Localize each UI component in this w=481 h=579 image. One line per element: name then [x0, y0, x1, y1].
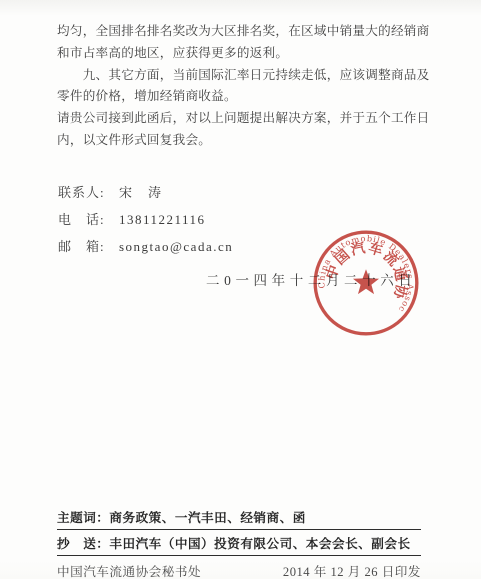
cc-label: 抄 送： — [57, 537, 109, 551]
body-line: 九、其它方面，当前国际汇率日元持续走低，应该调整商品及 — [57, 65, 425, 87]
contact-email-value: songtao@cada.cn — [119, 239, 233, 254]
scanned-letter-page: 均匀，全国排名排名奖改为大区排名奖，在区域中销量大的经销商 和市占率高的地区，应… — [0, 0, 481, 579]
cc-value: 丰田汽车（中国）投资有限公司、本会会长、副会长 — [109, 537, 410, 551]
subject-value: 商务政策、一汽丰田、经销商、函 — [109, 511, 305, 525]
letter-body: 均匀，全国排名排名奖改为大区排名奖，在区域中销量大的经销商 和市占率高的地区，应… — [57, 21, 425, 152]
body-line: 内，以文件形式回复我会。 — [57, 130, 425, 152]
issuer-row: 中国汽车流通协会秘书处 2014 年 12 月 26 日印发 — [57, 559, 421, 579]
official-seal-stamp: China Automobile Dealers Association 中国汽… — [304, 221, 428, 345]
document-footer: 主题词：商务政策、一汽丰田、经销商、函 抄 送：丰田汽车（中国）投资有限公司、本… — [57, 507, 421, 579]
contact-person-row: 联系人:宋 涛 — [58, 179, 233, 206]
contact-person-label: 联系人: — [58, 179, 113, 206]
red-star-icon — [353, 269, 379, 294]
contact-block: 联系人:宋 涛 电 话:13811221116 邮 箱:songtao@cada… — [58, 179, 233, 260]
body-line: 和市占率高的地区，应获得更多的返利。 — [57, 43, 425, 65]
seal-english-text: China Automobile Dealers Association — [304, 221, 428, 316]
subject-label: 主题词： — [57, 511, 109, 525]
seal-graphic: China Automobile Dealers Association 中国汽… — [304, 221, 428, 345]
body-line: 均匀，全国排名排名奖改为大区排名奖，在区域中销量大的经销商 — [57, 21, 425, 43]
subject-row: 主题词：商务政策、一汽丰田、经销商、函 — [57, 507, 421, 530]
contact-phone-value: 13811221116 — [119, 212, 206, 227]
body-line: 零件的价格，增加经销商收益。 — [57, 86, 425, 108]
contact-phone-row: 电 话:13811221116 — [58, 206, 233, 233]
contact-email-label: 邮 箱: — [58, 233, 113, 260]
contact-person-value: 宋 涛 — [119, 185, 163, 200]
cc-row: 抄 送：丰田汽车（中国）投资有限公司、本会会长、副会长 — [57, 533, 421, 556]
body-line: 请贵公司接到此函后，对以上问题提出解决方案，并于五个工作日 — [57, 108, 425, 130]
issue-date: 2014 年 12 月 26 日印发 — [283, 561, 421, 579]
contact-email-row: 邮 箱:songtao@cada.cn — [58, 233, 233, 260]
contact-phone-label: 电 话: — [58, 206, 113, 233]
issuer-name: 中国汽车流通协会秘书处 — [57, 561, 201, 579]
